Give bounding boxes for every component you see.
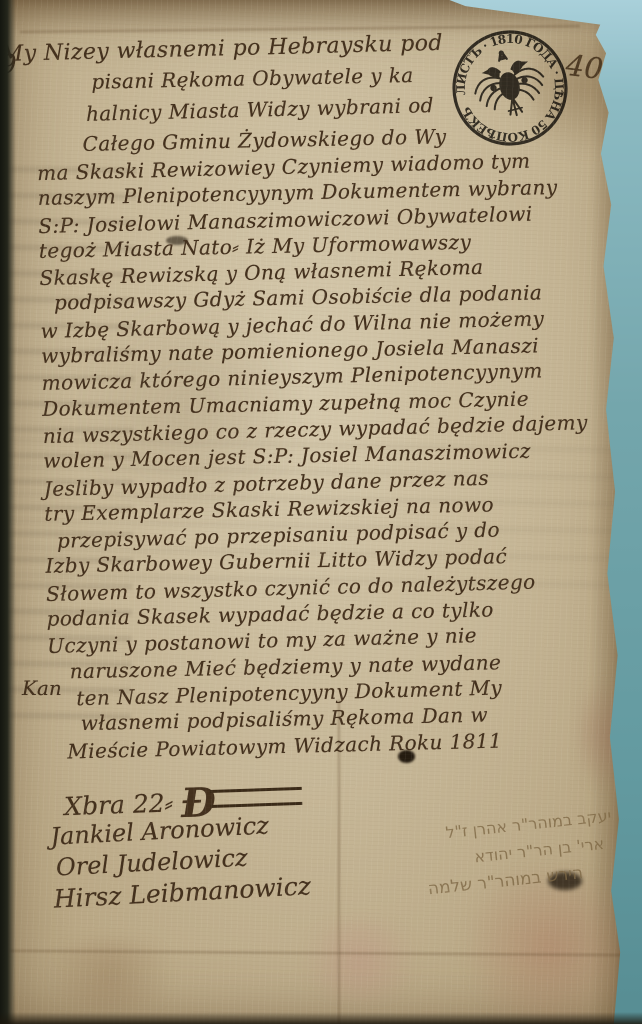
bottom-edge-shadow — [0, 1012, 642, 1024]
stain — [290, 920, 430, 1000]
flourish-lines — [209, 787, 302, 808]
document-page: ЛИСТЪ · 1810 ГОДА · ЦѢНА 50 КОПѢЕКЪ — [0, 0, 642, 1024]
crease-line — [10, 950, 630, 956]
hebrew-signature-block: יעקב במוהר"ר אהרן ז"ל ארי' בן הר"ר יהודא… — [376, 806, 618, 911]
margin-note: Kan — [22, 676, 62, 700]
binding-gutter-shadow — [0, 0, 16, 1024]
signature-block: Jankiel Aronowicz Orel Judelowicz Hirsz … — [50, 809, 312, 915]
scan-backdrop: ЛИСТЪ · 1810 ГОДА · ЦѢНА 50 КОПѢЕКЪ — [0, 0, 642, 1024]
manuscript-body: My Nizey własnemi po Hebraysku pod pisan… — [0, 27, 642, 765]
